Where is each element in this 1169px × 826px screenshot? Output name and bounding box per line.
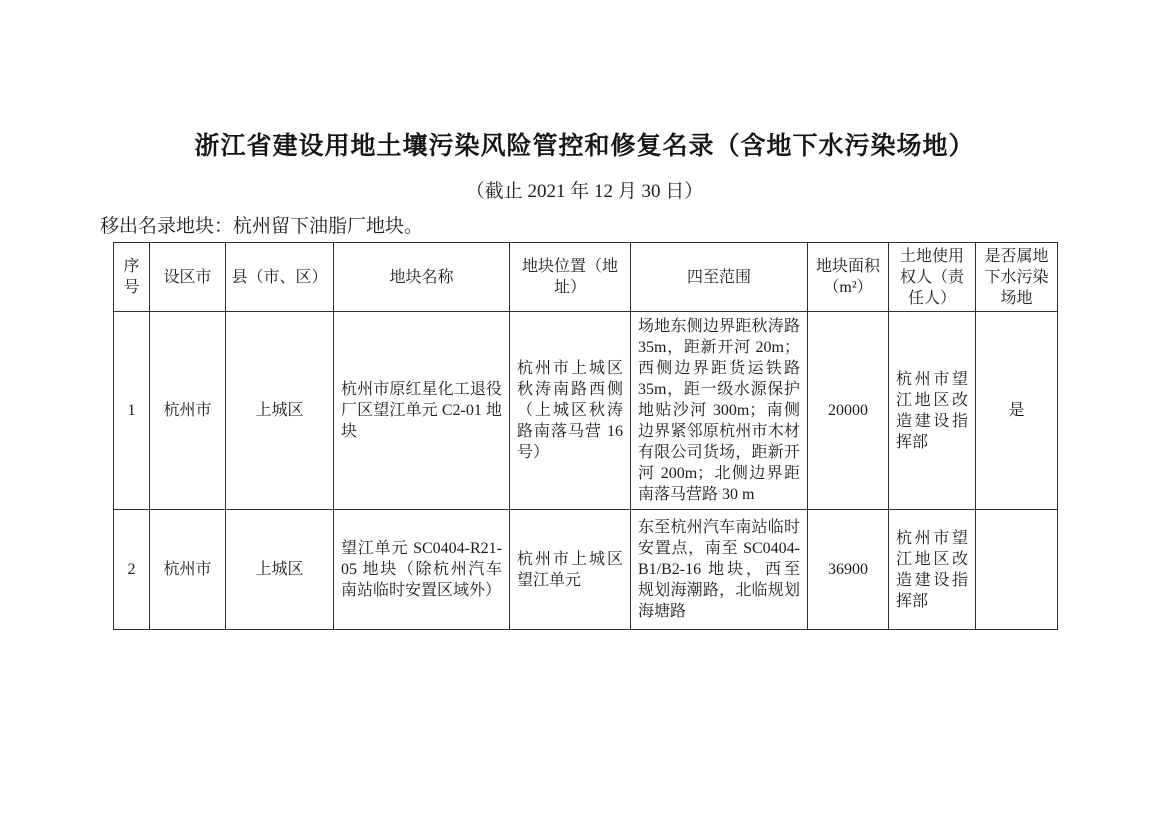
cell-seq: 2 — [114, 510, 150, 630]
col-header-groundwater: 是否属地 下水污染 场地 — [976, 243, 1058, 312]
cell-boundaries: 场地东侧边界距秋涛路 35m，距新开河 20m；西侧边界距货运铁路 35m，距一… — [631, 312, 808, 510]
cell-area: 36900 — [808, 510, 889, 630]
cell-land-user: 杭州市望江地区改造建设指挥部 — [889, 510, 976, 630]
cell-city: 杭州市 — [150, 510, 226, 630]
col-header-district: 县（市、区） — [226, 243, 334, 312]
cell-city: 杭州市 — [150, 312, 226, 510]
pollution-site-table: 序 号 设区市 县（市、区） 地块名称 地块位置（地 址） 四至范围 地块面积 … — [113, 242, 1058, 630]
col-header-plot-name: 地块名称 — [334, 243, 510, 312]
cell-groundwater: 是 — [976, 312, 1058, 510]
col-header-seq: 序 号 — [114, 243, 150, 312]
document-page: 浙江省建设用地土壤污染风险管控和修复名录（含地下水污染场地） （截止 2021 … — [0, 0, 1169, 826]
col-header-location: 地块位置（地 址） — [510, 243, 631, 312]
cell-location: 杭州市上城区秋涛南路西侧（上城区秋涛路南落马营 16 号） — [510, 312, 631, 510]
cell-plot-name: 杭州市原红星化工退役厂区望江单元 C2-01 地块 — [334, 312, 510, 510]
cell-area: 20000 — [808, 312, 889, 510]
cell-groundwater — [976, 510, 1058, 630]
cell-district: 上城区 — [226, 312, 334, 510]
col-header-area: 地块面积 （m²） — [808, 243, 889, 312]
removed-plot-note: 移出名录地块：杭州留下油脂厂地块。 — [100, 211, 423, 238]
cell-location: 杭州市上城区望江单元 — [510, 510, 631, 630]
document-title: 浙江省建设用地土壤污染风险管控和修复名录（含地下水污染场地） — [0, 126, 1169, 162]
cell-land-user: 杭州市望江地区改造建设指挥部 — [889, 312, 976, 510]
col-header-boundaries: 四至范围 — [631, 243, 808, 312]
document-subtitle: （截止 2021 年 12 月 30 日） — [0, 176, 1169, 203]
table-row: 2 杭州市 上城区 望江单元 SC0404-R21-05 地块（除杭州汽车南站临… — [114, 510, 1058, 630]
cell-seq: 1 — [114, 312, 150, 510]
cell-district: 上城区 — [226, 510, 334, 630]
col-header-city: 设区市 — [150, 243, 226, 312]
table-header-row: 序 号 设区市 县（市、区） 地块名称 地块位置（地 址） 四至范围 地块面积 … — [114, 243, 1058, 312]
col-header-land-user: 土地使用 权人（责 任人） — [889, 243, 976, 312]
cell-plot-name: 望江单元 SC0404-R21-05 地块（除杭州汽车南站临时安置区域外） — [334, 510, 510, 630]
table-row: 1 杭州市 上城区 杭州市原红星化工退役厂区望江单元 C2-01 地块 杭州市上… — [114, 312, 1058, 510]
cell-boundaries: 东至杭州汽车南站临时安置点，南至 SC0404-B1/B2-16 地块，西至规划… — [631, 510, 808, 630]
